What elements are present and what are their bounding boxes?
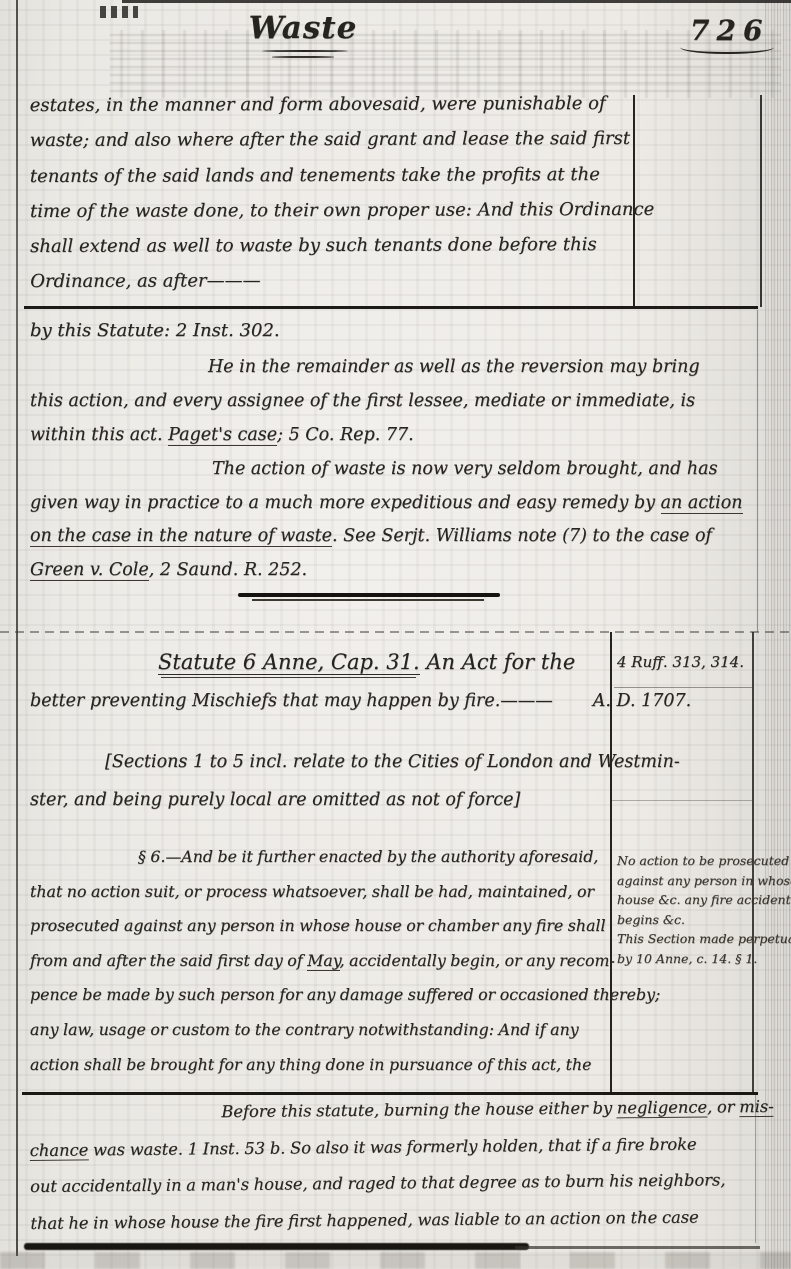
scan-bottom-band-2	[515, 1246, 760, 1249]
section-divider-rule-2	[22, 1092, 758, 1095]
text-segment: . See Serjt. Williams note (7) to the ca…	[332, 526, 712, 546]
text-segment: tenants of the said lands and tenements …	[30, 164, 600, 187]
manuscript-line: waste; and also where after the said gra…	[30, 128, 630, 165]
manuscript-line: prosecuted against any person in whose h…	[30, 916, 610, 951]
scan-left-edge-line	[16, 0, 18, 1256]
bleed-through-header-texture	[110, 30, 781, 98]
text-segment: § 6.—And be it further enacted by the au…	[138, 847, 598, 866]
manuscript-line: [Sections 1 to 5 incl. relate to the Cit…	[30, 752, 606, 790]
margin-ledger-line	[614, 687, 752, 688]
text-segment: May	[307, 951, 339, 971]
text-segment: an action	[661, 493, 743, 514]
manuscript-line: against any person in whose	[617, 873, 753, 893]
statute-heading: Statute 6 Anne, Cap. 31. An Act for theb…	[30, 650, 608, 732]
text-segment: any law, usage or custom to the contrary…	[30, 1020, 579, 1039]
text-segment: time of the waste done, to their own pro…	[30, 199, 654, 222]
text-segment: action shall be brought for any thing do…	[30, 1055, 591, 1074]
text-segment: estates, in the manner and form abovesai…	[30, 93, 606, 116]
margin-note-no-action: No action to be prosecutedagainst any pe…	[617, 853, 753, 970]
text-segment: waste; and also where after the said gra…	[30, 128, 630, 151]
page-number-flourish	[680, 40, 774, 54]
manuscript-line: begins &c.	[617, 912, 753, 932]
manuscript-line: on the case in the nature of waste. See …	[30, 526, 754, 560]
text-segment: , 2 Saund. R. 252.	[149, 560, 307, 580]
text-segment: Ordinance, as after———	[30, 271, 260, 293]
margin-ledger-line-2	[612, 800, 752, 801]
manuscript-line: Statute 6 Anne, Cap. 31. An Act for the	[30, 650, 608, 691]
text-segment: negligence	[617, 1097, 707, 1118]
manuscript-line: ster, and being purely local are omitted…	[30, 790, 606, 828]
manuscript-line: estates, in the manner and form abovesai…	[30, 93, 630, 130]
manuscript-line: this action, and every assignee of the f…	[30, 391, 754, 425]
text-segment: shall extend as well to waste by such te…	[30, 234, 597, 257]
title-underline	[262, 50, 348, 52]
text-segment: by this Statute: 2 Inst. 302.	[30, 320, 280, 341]
text-segment: He in the remainder as well as the rever…	[208, 357, 700, 377]
manuscript-line: given way in practice to a much more exp…	[30, 493, 754, 527]
paragraph-omitted-sections-note: [Sections 1 to 5 incl. relate to the Cit…	[30, 752, 606, 828]
text-segment: pence be made by such person for any dam…	[30, 985, 660, 1004]
text-segment: that no action suit, or process whatsoev…	[30, 882, 594, 901]
scan-bottom-band	[24, 1243, 529, 1250]
manuscript-line: time of the waste done, to their own pro…	[30, 199, 630, 236]
manuscript-line: The action of waste is now very seldom b…	[30, 459, 754, 493]
manuscript-line: within this act. Paget's case; 5 Co. Rep…	[30, 425, 754, 459]
text-segment: , accidentally begin, or any recom-	[340, 951, 615, 970]
manuscript-line: better preventing Mischiefs that may hap…	[30, 691, 608, 732]
text-segment: A. D. 1707.	[593, 691, 691, 711]
manuscript-line: that no action suit, or process whatsoev…	[30, 882, 610, 917]
title-underline-2	[272, 56, 334, 58]
margin-citation-ruffhead: 4 Ruff. 313, 314.	[617, 653, 751, 671]
text-segment: Green v. Cole	[30, 560, 149, 581]
manuscript-line: No action to be prosecuted	[617, 853, 753, 873]
paragraph-remainder-reversion: He in the remainder as well as the rever…	[30, 357, 754, 458]
manuscript-line: § 6.—And be it further enacted by the au…	[30, 847, 610, 882]
text-segment: from and after the said first day of	[30, 951, 307, 970]
manuscript-line: shall extend as well to waste by such te…	[30, 234, 630, 271]
manuscript-line: Green v. Cole, 2 Saund. R. 252.	[30, 560, 754, 594]
text-segment: on the case in the nature of waste	[30, 526, 332, 547]
faint-right-rule	[757, 310, 758, 632]
manuscript-line: by this Statute: 2 Inst. 302.	[30, 320, 590, 355]
manuscript-line: house &c. any fire accidentally	[617, 892, 753, 912]
short-center-divider	[238, 593, 500, 597]
text-segment: mis-	[739, 1097, 774, 1117]
paragraph-before-this-statute: Before this statute, burning the house e…	[29, 1097, 762, 1250]
text-segment: , or	[707, 1097, 739, 1116]
manuscript-line: any law, usage or custom to the contrary…	[30, 1020, 610, 1055]
scan-top-edge-line	[122, 0, 791, 3]
text-segment: [Sections 1 to 5 incl. relate to the Cit…	[105, 752, 680, 772]
scan-right-edge-band	[765, 0, 791, 1269]
scan-bottom-smudge	[0, 1252, 791, 1269]
manuscript-line: from and after the said first day of May…	[30, 951, 610, 986]
scan-corner-marks	[100, 6, 138, 18]
manuscript-line: Ordinance, as after———	[30, 269, 630, 306]
manuscript-line: by 10 Anne, c. 14. § 1.	[617, 951, 753, 971]
manuscript-line: tenants of the said lands and tenements …	[30, 164, 630, 201]
text-segment: Statute 6 Anne, Cap. 31.	[158, 650, 420, 675]
text-segment: An Act for the	[420, 650, 576, 674]
short-center-divider-2	[252, 599, 484, 601]
text-segment: Before this statute, burning the house e…	[221, 1098, 617, 1121]
text-segment: chance	[30, 1140, 89, 1161]
text-segment: Paget's case	[168, 425, 277, 446]
paragraph-section-6: § 6.—And be it further enacted by the au…	[30, 847, 610, 1089]
text-segment: better preventing Mischiefs that may hap…	[30, 691, 553, 711]
manuscript-page: Waste 726 estates, in the manner and for…	[0, 0, 791, 1269]
faint-full-width-rule	[0, 631, 791, 633]
text-segment: within this act.	[30, 425, 168, 445]
text-segment: prosecuted against any person in whose h…	[30, 916, 606, 935]
manuscript-line: action shall be brought for any thing do…	[30, 1055, 610, 1090]
paragraph-ordinance-continuation: estates, in the manner and form abovesai…	[30, 93, 631, 307]
paragraph-action-of-waste: The action of waste is now very seldom b…	[30, 459, 754, 593]
manuscript-line: pence be made by such person for any dam…	[30, 985, 610, 1020]
text-segment: this action, and every assignee of the f…	[30, 391, 695, 411]
page-title: Waste	[238, 10, 368, 46]
paragraph-statute-citation: by this Statute: 2 Inst. 302.	[30, 320, 590, 355]
margin-column-rule-right	[760, 95, 762, 307]
manuscript-line: He in the remainder as well as the rever…	[30, 357, 754, 391]
text-segment: given way in practice to a much more exp…	[30, 493, 661, 513]
text-segment: ster, and being purely local are omitted…	[30, 790, 520, 810]
text-segment: The action of waste is now very seldom b…	[212, 459, 718, 479]
text-segment: ; 5 Co. Rep. 77.	[277, 425, 414, 445]
manuscript-line: This Section made perpetual	[617, 931, 753, 951]
